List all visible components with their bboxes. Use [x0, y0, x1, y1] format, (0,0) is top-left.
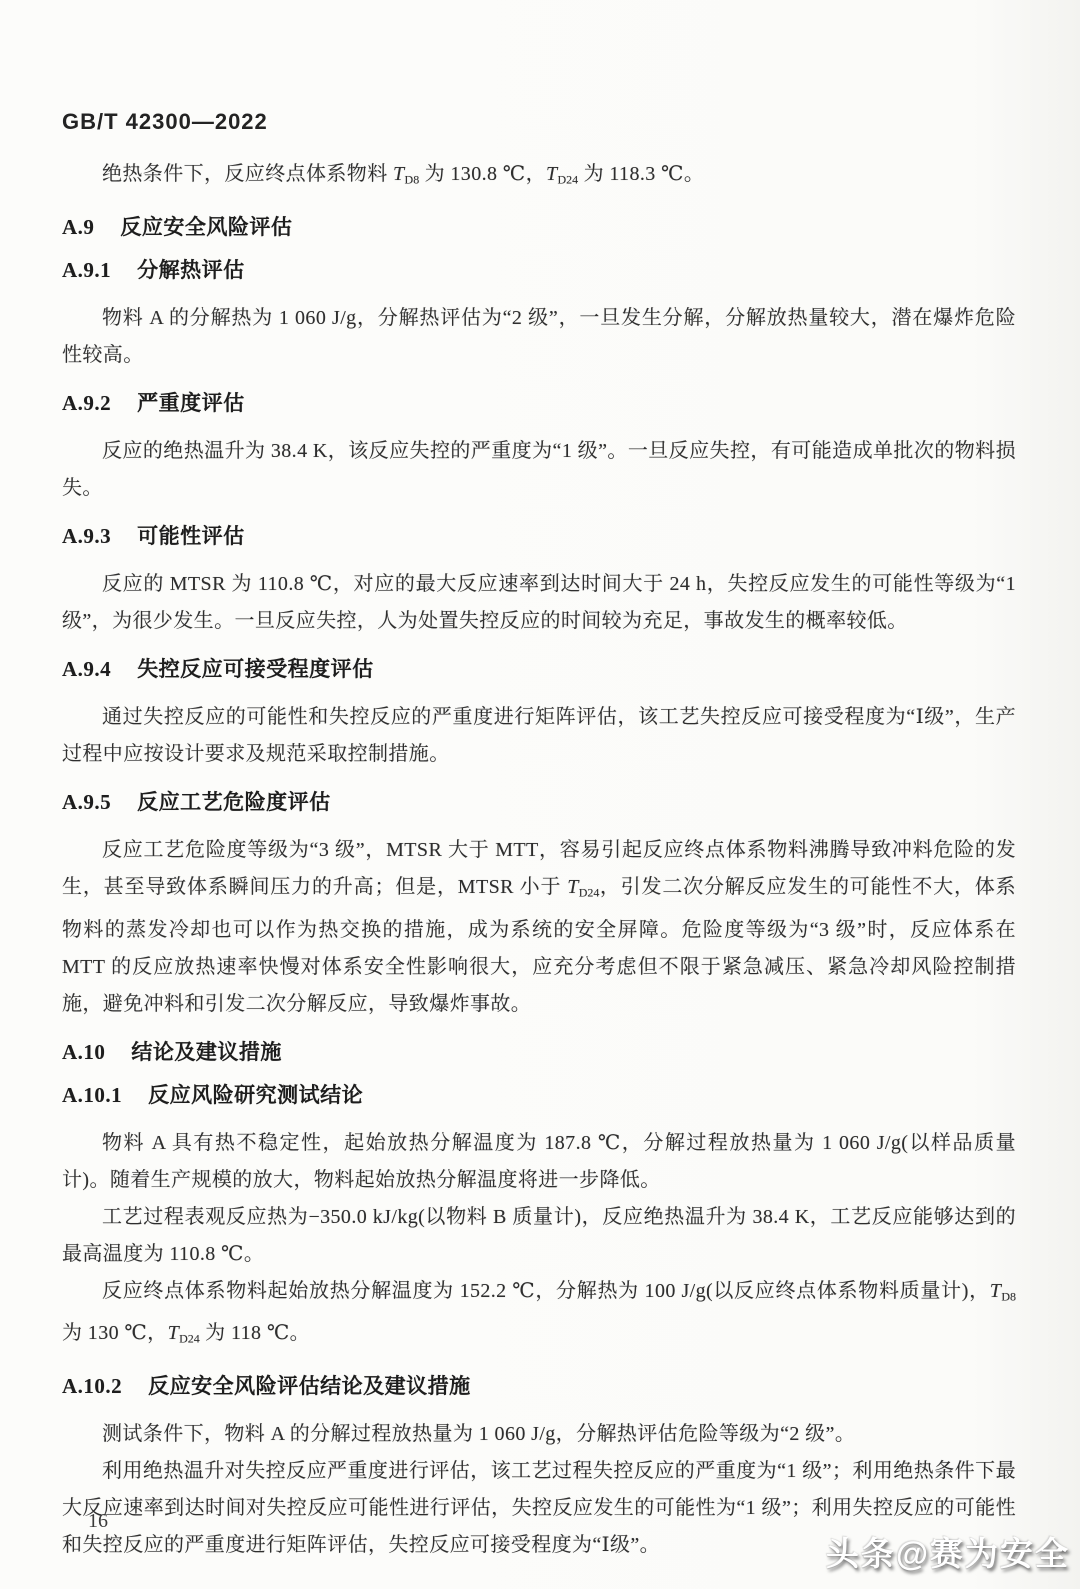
paragraph-a10-1-1: 物料 A 具有热不稳定性，起始放热分解温度为 187.8 ℃，分解过程放热量为 …	[62, 1125, 1016, 1199]
text-run-italic: T	[567, 876, 579, 898]
text-run-italic: T	[393, 163, 405, 185]
text-run: 物料 A 的分解热为 1 060 J/g，分解热评估为“2 级”，一旦发生分解，…	[62, 307, 1016, 366]
text-run: 为 118 ℃。	[200, 1322, 310, 1344]
heading-a9-4-title: 失控反应可接受程度评估	[137, 658, 374, 681]
heading-a10-2: A.10.2反应安全风险评估结论及建议措施	[62, 1373, 1016, 1400]
heading-a10-2-title: 反应安全风险评估结论及建议措施	[148, 1375, 471, 1398]
text-run-sub: D8	[1001, 1289, 1016, 1303]
text-run: 物料 A 具有热不稳定性，起始放热分解温度为 187.8 ℃，分解过程放热量为 …	[62, 1132, 1016, 1191]
page-number: 16	[88, 1510, 108, 1533]
heading-a9-2: A.9.2严重度评估	[62, 390, 1016, 417]
page-content: GB/T 42300—2022 绝热条件下，反应终点体系物料 TD8 为 130…	[0, 0, 1080, 1564]
heading-a9-4-number: A.9.4	[62, 657, 111, 681]
text-run: 为 118.3 ℃。	[578, 163, 704, 185]
text-run: 绝热条件下，反应终点体系物料	[102, 163, 393, 185]
heading-a9-3: A.9.3可能性评估	[62, 523, 1016, 550]
heading-a9-4: A.9.4失控反应可接受程度评估	[62, 656, 1016, 683]
text-run-italic: T	[990, 1280, 1002, 1302]
heading-a10-title: 结论及建议措施	[131, 1041, 282, 1064]
heading-a10: A.10结论及建议措施	[62, 1039, 1016, 1066]
text-run: 测试条件下，物料 A 的分解过程放热量为 1 060 J/g，分解热评估危险等级…	[102, 1423, 855, 1445]
heading-a9: A.9反应安全风险评估	[62, 214, 1016, 241]
heading-a9-5-number: A.9.5	[62, 790, 111, 814]
text-run: 为 130 ℃，	[62, 1322, 168, 1344]
text-run: 反应的绝热温升为 38.4 K，该反应失控的严重度为“1 级”。一旦反应失控，有…	[62, 440, 1016, 499]
heading-a10-1: A.10.1反应风险研究测试结论	[62, 1082, 1016, 1109]
heading-a9-number: A.9	[62, 215, 94, 239]
heading-a9-2-number: A.9.2	[62, 391, 111, 415]
text-run-italic: T	[168, 1322, 180, 1344]
paragraph-intro: 绝热条件下，反应终点体系物料 TD8 为 130.8 ℃，TD24 为 118.…	[62, 156, 1016, 198]
heading-a9-1-title: 分解热评估	[137, 259, 245, 282]
paragraph-a9-4: 通过失控反应的可能性和失控反应的严重度进行矩阵评估，该工艺失控反应可接受程度为“…	[62, 699, 1016, 773]
text-run: 通过失控反应的可能性和失控反应的严重度进行矩阵评估，该工艺失控反应可接受程度为“…	[62, 706, 1016, 765]
text-run-sub: D24	[558, 172, 579, 186]
text-run: 为 130.8 ℃，	[419, 163, 546, 185]
paragraph-a9-2: 反应的绝热温升为 38.4 K，该反应失控的严重度为“1 级”。一旦反应失控，有…	[62, 433, 1016, 507]
heading-a10-number: A.10	[62, 1040, 105, 1064]
watermark-toutiao: 头条@赛为安全	[826, 1528, 1070, 1575]
text-run-italic: T	[546, 163, 558, 185]
text-run: 反应终点体系物料起始放热分解温度为 152.2 ℃，分解热为 100 J/g(以…	[102, 1280, 990, 1302]
text-run-sub: D24	[579, 886, 600, 900]
standard-code-header: GB/T 42300—2022	[62, 108, 1016, 136]
heading-a9-title: 反应安全风险评估	[120, 216, 292, 239]
paragraph-a9-1: 物料 A 的分解热为 1 060 J/g，分解热评估为“2 级”，一旦发生分解，…	[62, 300, 1016, 374]
heading-a9-2-title: 严重度评估	[137, 392, 245, 415]
heading-a9-5: A.9.5反应工艺危险度评估	[62, 789, 1016, 816]
heading-a10-1-title: 反应风险研究测试结论	[148, 1084, 363, 1107]
text-run: 反应的 MTSR 为 110.8 ℃，对应的最大反应速率到达时间大于 24 h，…	[62, 573, 1016, 632]
heading-a9-3-title: 可能性评估	[137, 525, 245, 548]
heading-a9-1-number: A.9.1	[62, 258, 111, 282]
text-run-sub: D24	[179, 1331, 200, 1345]
paragraph-a10-2-1: 测试条件下，物料 A 的分解过程放热量为 1 060 J/g，分解热评估危险等级…	[62, 1416, 1016, 1453]
heading-a10-1-number: A.10.1	[62, 1083, 122, 1107]
heading-a9-5-title: 反应工艺危险度评估	[137, 791, 331, 814]
paragraph-a9-5: 反应工艺危险度等级为“3 级”，MTSR 大于 MTT，容易引起反应终点体系物料…	[62, 832, 1016, 1022]
paragraph-a10-1-2: 工艺过程表观反应热为−350.0 kJ/kg(以物料 B 质量计)，反应绝热温升…	[62, 1199, 1016, 1273]
document-page: GB/T 42300—2022 绝热条件下，反应终点体系物料 TD8 为 130…	[0, 0, 1080, 1589]
text-run-sub: D8	[405, 172, 420, 186]
heading-a10-2-number: A.10.2	[62, 1374, 122, 1398]
heading-a9-3-number: A.9.3	[62, 524, 111, 548]
heading-a9-1: A.9.1分解热评估	[62, 257, 1016, 284]
paragraph-a10-1-3: 反应终点体系物料起始放热分解温度为 152.2 ℃，分解热为 100 J/g(以…	[62, 1273, 1016, 1358]
text-run: 工艺过程表观反应热为−350.0 kJ/kg(以物料 B 质量计)，反应绝热温升…	[62, 1206, 1016, 1265]
paragraph-a9-3: 反应的 MTSR 为 110.8 ℃，对应的最大反应速率到达时间大于 24 h，…	[62, 566, 1016, 640]
